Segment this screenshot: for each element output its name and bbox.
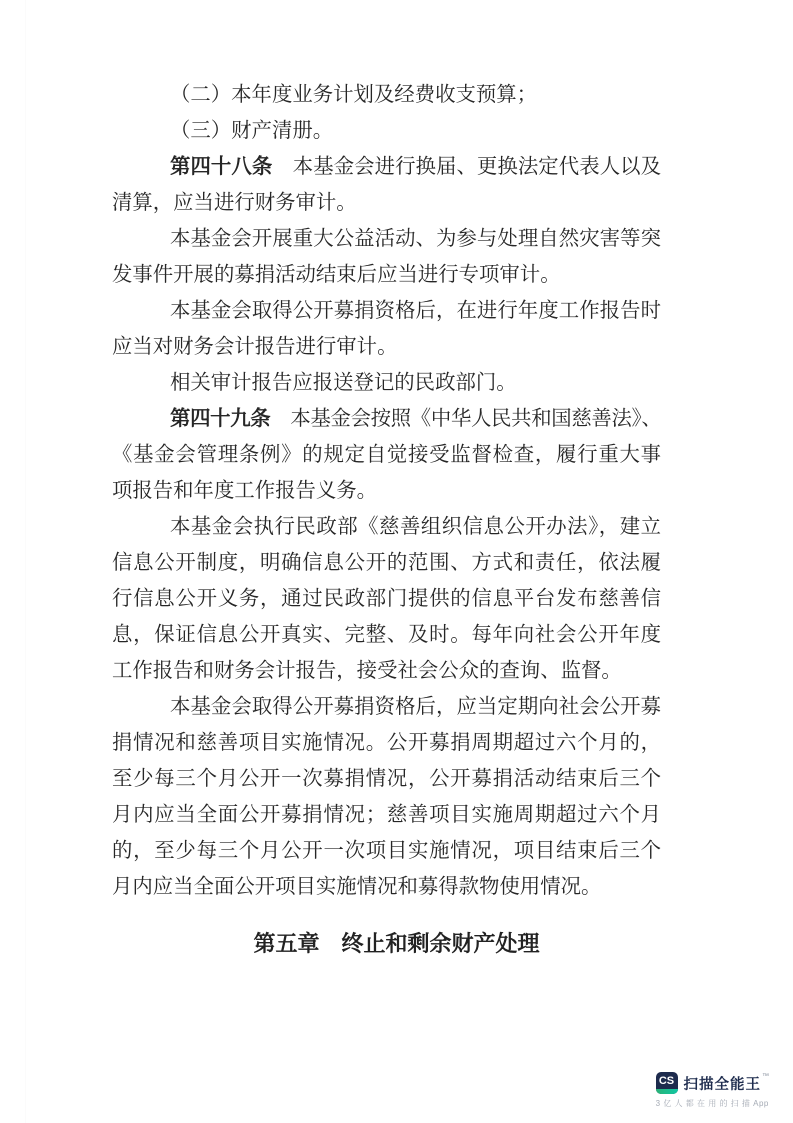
text-line: 至少每三个月公开一次募捐情况，公开募捐活动结束后三个	[112, 761, 661, 797]
camscanner-cs-icon: CS	[656, 1072, 678, 1094]
cs-icon-teal-strip	[656, 1089, 678, 1094]
watermark-brand-row: CS 扫描全能王 ™	[656, 1072, 770, 1094]
text-line: 工作报告和财务会计报告，接受社会公众的查询、监督。	[112, 653, 661, 689]
text-line: 本基金会执行民政部《慈善组织信息公开办法》，建立	[112, 509, 661, 545]
text-line: 本基金会取得公开募捐资格后，在进行年度工作报告时	[112, 293, 661, 329]
text-line: 发事件开展的募捐活动结束后应当进行专项审计。	[112, 257, 661, 293]
text-line: 的，至少每三个月公开一次项目实施情况，项目结束后三个	[112, 833, 661, 869]
text-line: 行信息公开义务，通过民政部门提供的信息平台发布慈善信	[112, 581, 661, 617]
text-line: 项报告和年度工作报告义务。	[112, 473, 661, 509]
article-number: 第四十八条	[170, 156, 272, 178]
text-line: 《基金会管理条例》的规定自觉接受监督检查，履行重大事	[112, 437, 661, 473]
text-line: 月内应当全面公开项目实施情况和募得款物使用情况。	[112, 869, 661, 905]
watermark-app-name: 扫描全能王	[684, 1073, 762, 1094]
text-line: （二）本年度业务计划及经费收支预算；	[112, 77, 661, 113]
text-line: 本基金会开展重大公益活动、为参与处理自然灾害等突	[112, 221, 661, 257]
text-line: 第四十八条 本基金会进行换届、更换法定代表人以及	[112, 149, 661, 185]
text-line: 捐情况和慈善项目实施情况。公开募捐周期超过六个月的，	[112, 725, 661, 761]
text-line: 信息公开制度，明确信息公开的范围、方式和责任，依法履	[112, 545, 661, 581]
chapter-heading: 第五章 终止和剩余财产处理	[0, 929, 793, 959]
text-line: 清算，应当进行财务审计。	[112, 185, 661, 221]
article-number: 第四十九条	[170, 408, 270, 430]
cs-icon-label: CS	[659, 1075, 674, 1087]
text-line: 应当对财务会计报告进行审计。	[112, 329, 661, 365]
watermark-tagline: 3 亿 人 都 在 用 的 扫 描 App	[656, 1098, 770, 1109]
text-line: 月内应当全面公开募捐情况；慈善项目实施周期超过六个月	[112, 797, 661, 833]
text-line: 息，保证信息公开真实、完整、及时。每年向社会公开年度	[112, 617, 661, 653]
trademark-symbol: ™	[762, 1073, 769, 1080]
camscanner-watermark: CS 扫描全能王 ™ 3 亿 人 都 在 用 的 扫 描 App	[656, 1072, 770, 1109]
text-line: （三）财产清册。	[112, 113, 661, 149]
scanned-document-page: （二）本年度业务计划及经费收支预算；（三）财产清册。第四十八条 本基金会进行换届…	[0, 0, 793, 1123]
document-body: （二）本年度业务计划及经费收支预算；（三）财产清册。第四十八条 本基金会进行换届…	[112, 77, 661, 905]
text-line: 相关审计报告应报送登记的民政部门。	[112, 365, 661, 401]
text-line: 第四十九条 本基金会按照《中华人民共和国慈善法》、	[112, 401, 661, 437]
text-line: 本基金会取得公开募捐资格后，应当定期向社会公开募	[112, 689, 661, 725]
